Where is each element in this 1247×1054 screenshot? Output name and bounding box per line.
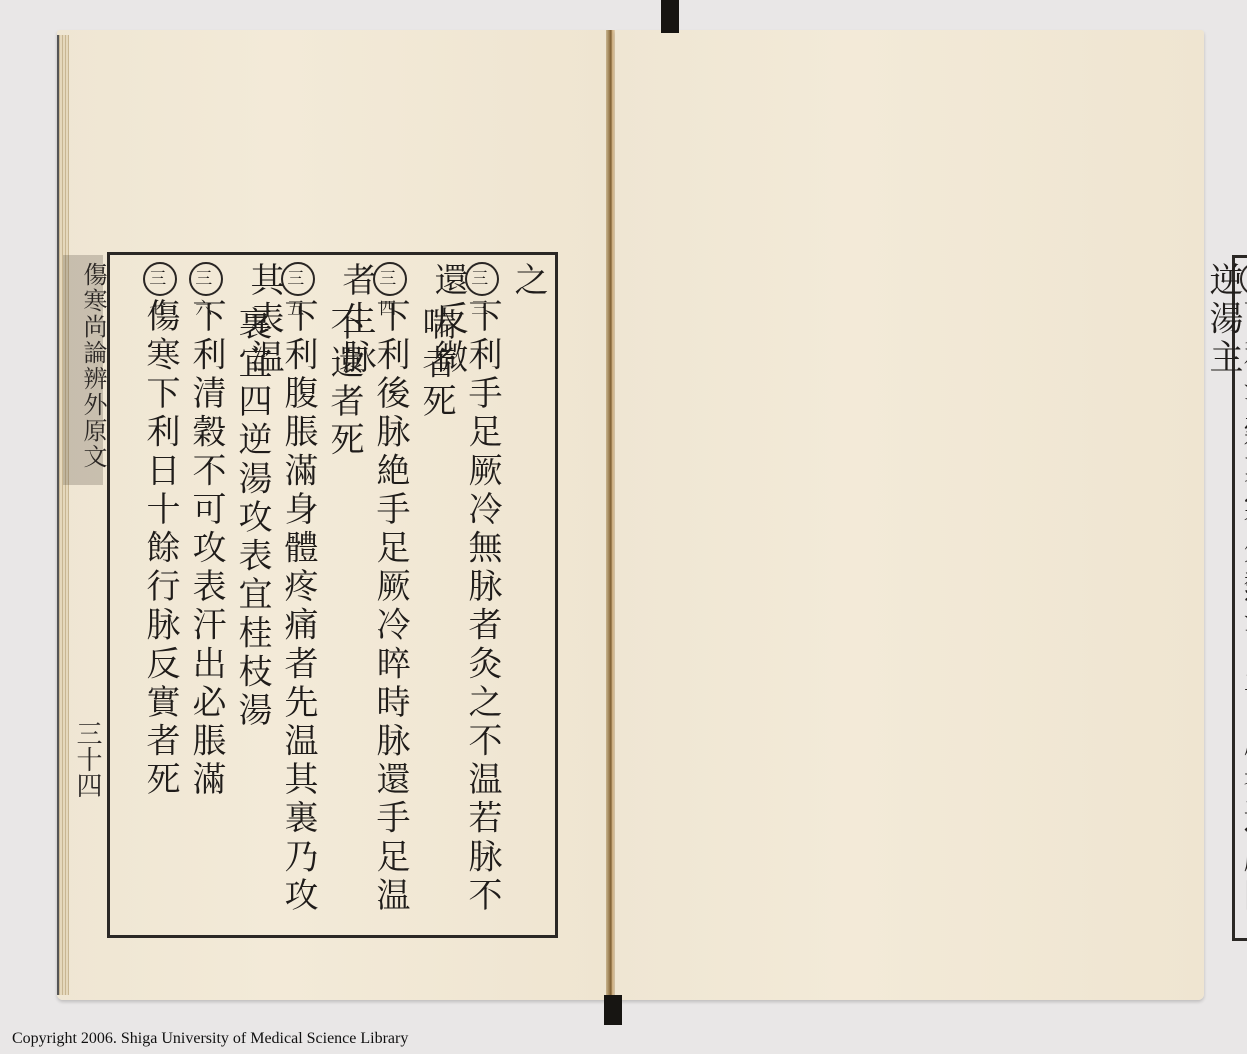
column-text: 下利清穀不可攻表汗出必脹滿 — [186, 298, 226, 800]
text-column: 裏宜四逆湯攻表宜桂枝湯 — [223, 262, 269, 922]
left-text-columns: 之 三三下利手足厥冷無脉者灸之不温若脉不還反微 喘者死 三四下利後脉絶手足厥冷晬… — [115, 262, 545, 922]
text-column: 三二下利清穀裏寒外熱汗出而厥者通脉四逆湯主 — [1228, 262, 1247, 922]
left-page-edge — [57, 35, 69, 995]
right-page: 黄芩麻湯主之 二九傷寒四五日腹中痛若轉氣下趨少腹者此欲自 利也 三十傷寒本自寒下… — [615, 30, 1204, 1000]
section-number-badge: 三六 — [189, 262, 223, 296]
left-margin-title: 傷寒尚論辨外原文 — [65, 262, 105, 470]
section-number-badge: 三四 — [373, 262, 407, 296]
text-column: 三五下利腹脹滿身體疼痛者先温其裏乃攻其表温 — [269, 262, 315, 922]
text-column: 喘者死 — [407, 262, 453, 922]
column-text: 下利清穀裏寒外熱汗出而厥者通脉四逆湯主 — [1203, 262, 1247, 916]
bookmark-ribbon-top — [661, 0, 679, 33]
text-column: 三七傷寒下利日十餘行脉反實者死 — [131, 262, 177, 922]
text-column: 三六下利清穀不可攻表汗出必脹滿 — [177, 262, 223, 922]
section-number-badge: 三五 — [281, 262, 315, 296]
text-column: 三四下利後脉絶手足厥冷晬時脉還手足温者生脉 — [361, 262, 407, 922]
column-text: 不還者死 — [324, 306, 364, 460]
section-number-badge: 三三 — [465, 262, 499, 296]
right-text-columns: 黄芩麻湯主之 二九傷寒四五日腹中痛若轉氣下趨少腹者此欲自 利也 三十傷寒本自寒下… — [1237, 262, 1247, 922]
open-book: 傷寒尚論辨外原文 三十四 之 三三下利手足厥冷無脉者灸之不温若脉不還反微 喘者死… — [57, 30, 1204, 1002]
text-column: 三三下利手足厥冷無脉者灸之不温若脉不還反微 — [453, 262, 499, 922]
column-text: 之 — [508, 262, 548, 301]
copyright-notice: Copyright 2006. Shiga University of Medi… — [12, 1030, 408, 1048]
text-column: 之 — [499, 262, 545, 922]
text-column: 不還者死 — [315, 262, 361, 922]
bookmark-ribbon-bottom — [604, 995, 622, 1025]
section-number-badge: 三七 — [143, 262, 177, 296]
left-folio-number: 三十四 — [69, 720, 106, 798]
column-text: 喘者死 — [416, 306, 456, 422]
column-text: 裏宜四逆湯攻表宜桂枝湯 — [232, 306, 272, 731]
left-page: 傷寒尚論辨外原文 三十四 之 三三下利手足厥冷無脉者灸之不温若脉不還反微 喘者死… — [57, 30, 607, 1000]
column-text: 傷寒下利日十餘行脉反實者死 — [140, 298, 180, 800]
